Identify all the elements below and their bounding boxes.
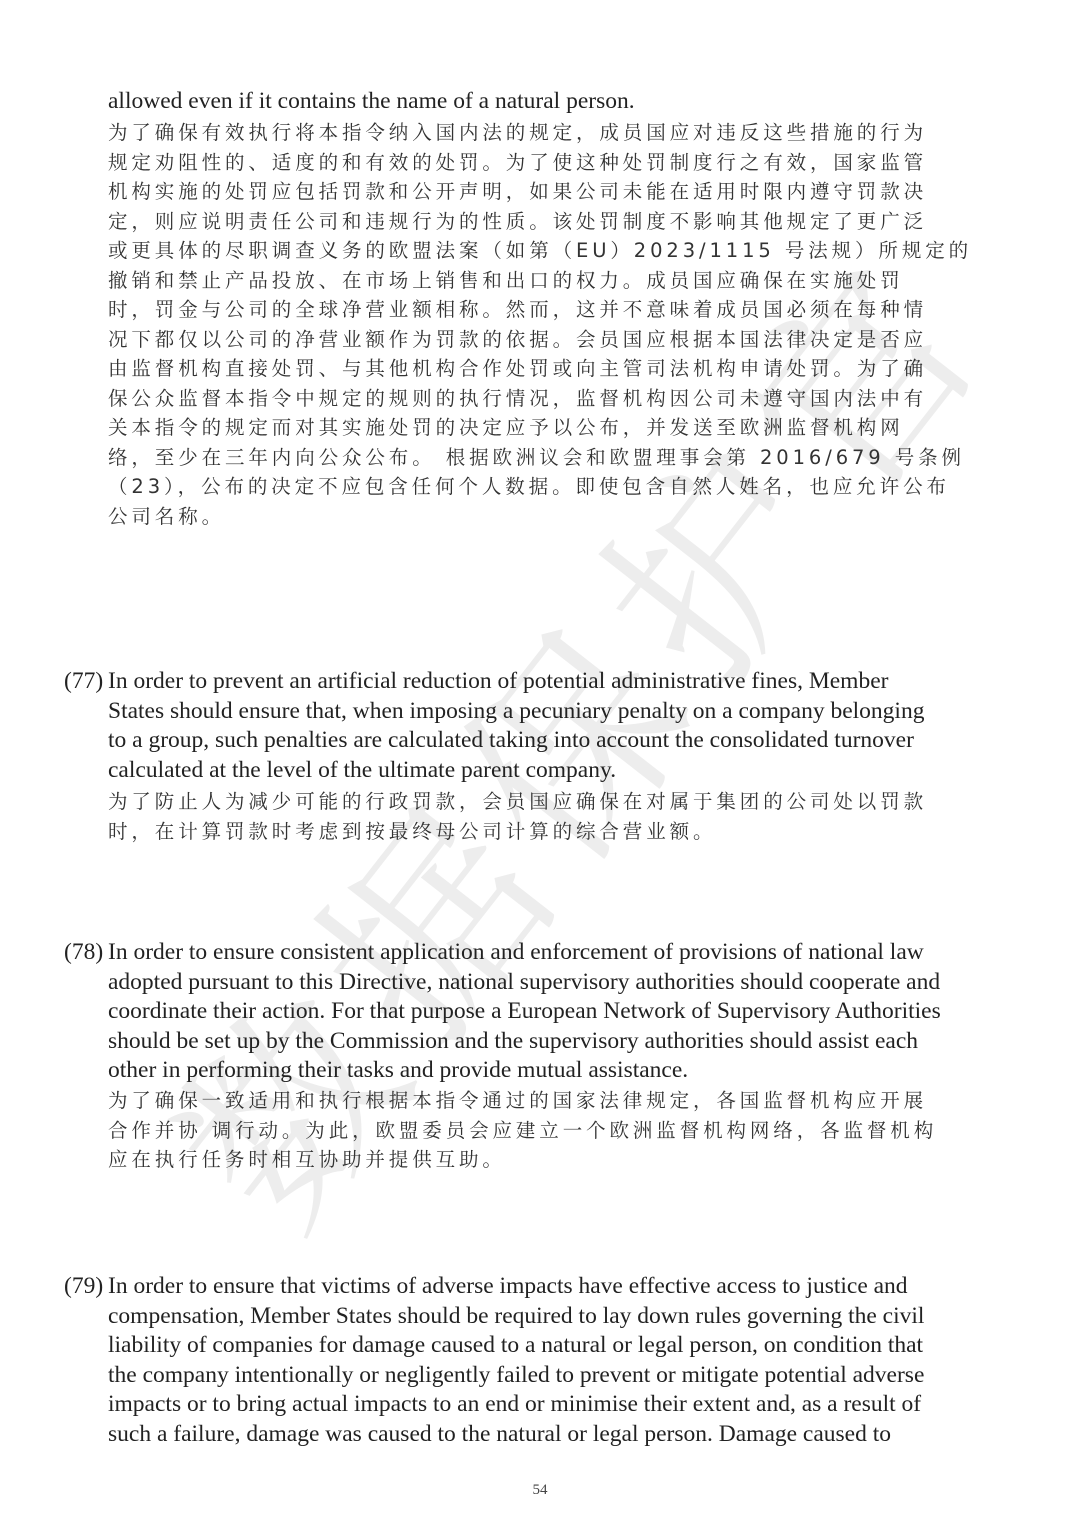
text-line: 时，罚金与公司的全球净营业额相称。然而，这并不意味着成员国必须在每种情 — [108, 295, 972, 325]
text-line: 由监督机构直接处罚、与其他机构合作处罚或向主管司法机构申请处罚。为了确 — [108, 354, 972, 384]
text-line: 规定劝阻性的、适度的和有效的处罚。为了使这种处罚制度行之有效，国家监管 — [108, 148, 972, 178]
text-line: liability of companies for damage caused… — [108, 1331, 924, 1361]
text-line: 定，则应说明责任公司和违规行为的性质。该处罚制度不影响其他规定了更广泛 — [108, 207, 972, 237]
recital-number: (78) — [64, 938, 103, 968]
text-line: the company intentionally or negligently… — [108, 1361, 924, 1391]
text-line: impacts or to bring actual impacts to an… — [108, 1390, 924, 1420]
text-line: should be set up by the Commission and t… — [108, 1027, 941, 1057]
recital-english: In order to ensure that victims of adver… — [108, 1272, 924, 1449]
text-line: 或更具体的尽职调查义务的欧盟法案（如第（EU）2023/1115 号法规）所规定… — [108, 236, 972, 266]
text-line: 应在执行任务时相互协助并提供互助。 — [108, 1145, 937, 1175]
text-line: 为了确保有效执行将本指令纳入国内法的规定，成员国应对违反这些措施的行为 — [108, 118, 972, 148]
text-line: other in performing their tasks and prov… — [108, 1056, 941, 1086]
text-line: calculated at the level of the ultimate … — [108, 756, 924, 786]
text-line: In order to prevent an artificial reduct… — [108, 667, 924, 697]
text-line: 公司名称。 — [108, 502, 972, 532]
continuation-chinese: 为了确保有效执行将本指令纳入国内法的规定，成员国应对违反这些措施的行为 规定劝阻… — [108, 118, 972, 531]
text-line: 合作并协 调行动。为此，欧盟委员会应建立一个欧洲监督机构网络，各监督机构 — [108, 1116, 937, 1146]
text-line: （23），公布的决定不应包含任何个人数据。即使包含自然人姓名，也应允许公布 — [108, 472, 972, 502]
text-line: adopted pursuant to this Directive, nati… — [108, 968, 941, 998]
text-line: States should ensure that, when imposing… — [108, 697, 924, 727]
recital-english: In order to prevent an artificial reduct… — [108, 667, 924, 785]
text-line: to a group, such penalties are calculate… — [108, 726, 924, 756]
text-line: coordinate their action. For that purpos… — [108, 997, 941, 1027]
text-line: 时，在计算罚款时考虑到按最终母公司计算的综合营业额。 — [108, 817, 927, 847]
document-page: 数据保护官 allowed even if it contains the na… — [0, 0, 1080, 1527]
page-number: 54 — [0, 1482, 1080, 1499]
text-line: 况下都仅以公司的净营业额作为罚款的依据。会员国应根据本国法律决定是否应 — [108, 325, 972, 355]
text-line: 机构实施的处罚应包括罚款和公开声明，如果公司未能在适用时限内遵守罚款决 — [108, 177, 972, 207]
text-line: 络，至少在三年内向公众公布。 根据欧洲议会和欧盟理事会第 2016/679 号条… — [108, 443, 972, 473]
text-line: 为了确保一致适用和执行根据本指令通过的国家法律规定，各国监督机构应开展 — [108, 1086, 937, 1116]
recital-english: In order to ensure consistent applicatio… — [108, 938, 941, 1086]
text-line: such a failure, damage was caused to the… — [108, 1420, 924, 1450]
text-line: In order to ensure consistent applicatio… — [108, 938, 941, 968]
text-line: 保公众监督本指令中规定的规则的执行情况，监督机构因公司未遵守国内法中有 — [108, 384, 972, 414]
recital-chinese: 为了防止人为减少可能的行政罚款，会员国应确保在对属于集团的公司处以罚款 时，在计… — [108, 787, 927, 846]
continuation-english: allowed even if it contains the name of … — [108, 87, 635, 117]
recital-chinese: 为了确保一致适用和执行根据本指令通过的国家法律规定，各国监督机构应开展 合作并协… — [108, 1086, 937, 1175]
text-line: 撤销和禁止产品投放、在市场上销售和出口的权力。成员国应确保在实施处罚 — [108, 266, 972, 296]
text-line: allowed even if it contains the name of … — [108, 87, 635, 117]
text-line: 关本指令的规定而对其实施处罚的决定应予以公布，并发送至欧洲监督机构网 — [108, 413, 972, 443]
recital-number: (79) — [64, 1272, 103, 1302]
recital-number: (77) — [64, 667, 103, 697]
text-line: 为了防止人为减少可能的行政罚款，会员国应确保在对属于集团的公司处以罚款 — [108, 787, 927, 817]
text-line: In order to ensure that victims of adver… — [108, 1272, 924, 1302]
text-line: compensation, Member States should be re… — [108, 1302, 924, 1332]
